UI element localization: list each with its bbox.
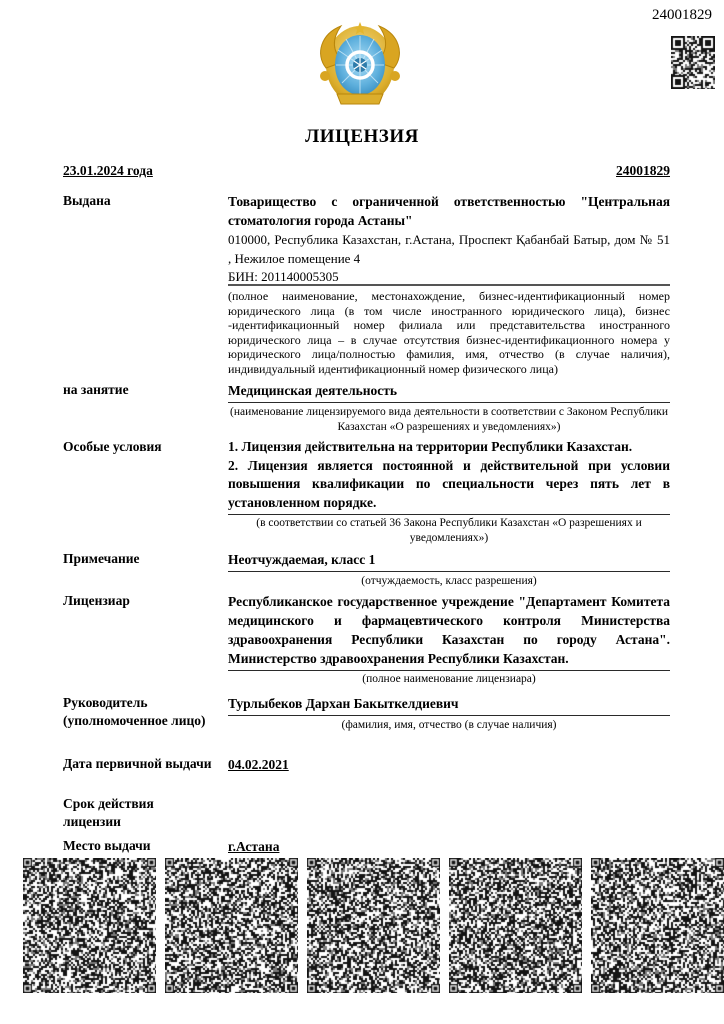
section-rule <box>228 284 670 286</box>
note-caption: (отчуждаемость, класс разрешения) <box>228 574 670 589</box>
field-label-first-issue: Дата первичной выдачи <box>63 755 228 773</box>
field-label-head: Руководитель (уполномоченное лицо) <box>63 694 223 729</box>
field-value-issued-to: Товарищество с ограниченной ответственно… <box>228 192 670 230</box>
field-value-note: Неотчуждаемая, класс 1 <box>228 550 670 572</box>
head-label-line1: Руководитель <box>63 694 223 712</box>
head-label-line2: (уполномоченное лицо) <box>63 712 223 730</box>
field-label-licensor: Лицензиар <box>63 592 223 610</box>
issued-to-address: 010000, Республика Казахстан, г.Астана, … <box>228 231 670 287</box>
special-condition-1: 1. Лицензия действительна на территории … <box>228 438 670 457</box>
field-label-validity: Срок действия лицензии <box>63 795 173 830</box>
field-value-activity: Медицинская деятельность <box>228 381 670 403</box>
field-label-note: Примечание <box>63 550 223 568</box>
address-line-2: , Нежилое помещение 4 <box>228 250 670 269</box>
head-caption: (фамилия, имя, отчество (в случае наличи… <box>228 718 670 733</box>
special-conditions-caption: (в соответствии со статьей 36 Закона Рес… <box>228 516 670 546</box>
verification-code-5 <box>591 858 724 993</box>
verification-code-1 <box>23 858 156 993</box>
special-condition-2: 2. Лицензия является постоянной и действ… <box>228 457 670 513</box>
field-value-first-issue: 04.02.2021 <box>228 757 289 772</box>
license-number: 24001829 <box>616 163 670 179</box>
field-label-special-conditions: Особые условия <box>63 438 223 456</box>
verification-code-4 <box>449 858 582 993</box>
field-label-issued-to: Выдана <box>63 192 223 210</box>
verification-code-3 <box>307 858 440 993</box>
kazakhstan-emblem-icon <box>313 20 407 115</box>
document-number-top: 24001829 <box>652 7 712 24</box>
issue-date: 23.01.2024 года <box>63 163 153 179</box>
field-label-place: Место выдачи <box>63 837 223 855</box>
licensor-caption: (полное наименование лицензиара) <box>228 672 670 687</box>
issued-to-caption: (полное наименование, местонахождение, б… <box>228 289 670 377</box>
qr-code <box>671 36 715 89</box>
license-document: 24001829 <box>0 0 724 1024</box>
activity-caption: (наименование лицензируемого вида деятел… <box>228 405 670 435</box>
field-value-licensor: Республиканское государственное учрежден… <box>228 592 670 671</box>
field-label-activity: на занятие <box>63 381 223 399</box>
field-value-place: г.Астана <box>228 839 279 854</box>
field-value-head: Турлыбеков Дархан Бакыткелдиевич <box>228 694 670 716</box>
document-title: ЛИЦЕНЗИЯ <box>0 126 724 148</box>
address-line-1: 010000, Республика Казахстан, г.Астана, … <box>228 231 670 250</box>
verification-code-2 <box>165 858 298 993</box>
field-value-special-conditions: 1. Лицензия действительна на территории … <box>228 438 670 515</box>
